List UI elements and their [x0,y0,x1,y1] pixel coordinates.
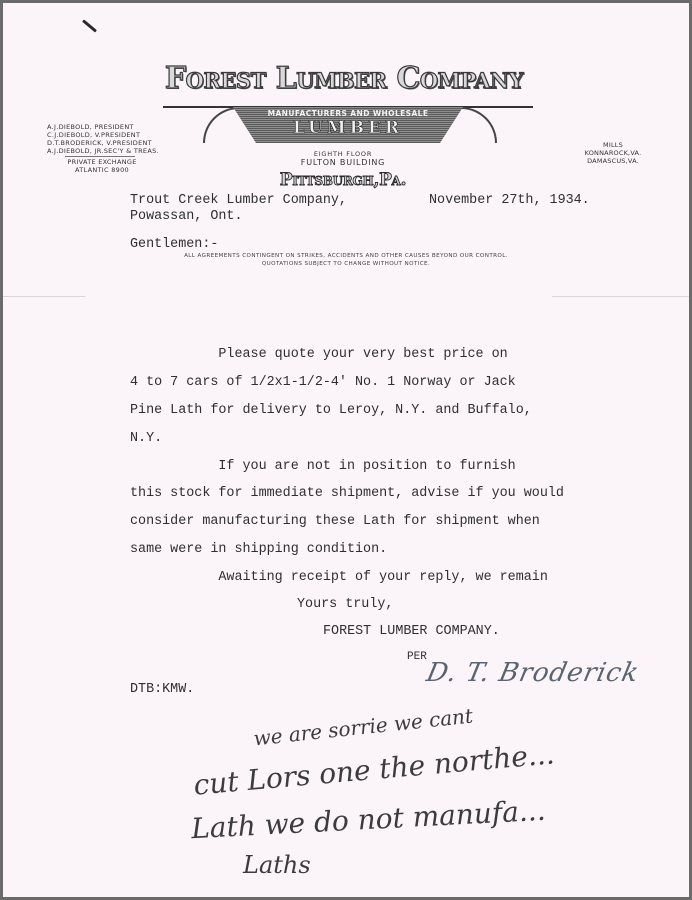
banner-subtitle: MANUFACTURERS AND WHOLESALE [233,109,463,118]
body-line: Awaiting receipt of your reply, we remai… [130,570,548,585]
exchange-number: ATLANTIC 8900 [47,166,157,174]
officer: D.T.BRODERICK, V.PRESIDENT [47,139,159,147]
officers-list: A.J.DIEBOLD, PRESIDENT C.J.DIEBOLD, V.PR… [47,123,159,174]
officer: A.J.DIEBOLD, JR.SEC'Y & TREAS. [47,147,159,155]
salutation: Gentlemen:- [130,237,218,252]
fine-print-line: ALL AGREEMENTS CONTINGENT ON STRIKES, AC… [3,253,689,259]
closing: Yours truly, [297,597,393,612]
mill-location: DAMASCUS,VA. [573,157,653,165]
exchange-label: PRIVATE EXCHANGE [47,158,157,166]
pen-mark [82,19,97,32]
handwritten-line: cut Lors one the northe... [192,737,555,801]
address-building: FULTON BUILDING [233,158,453,168]
letter-date: November 27th, 1934. [429,193,590,208]
officers-divider [65,156,135,157]
banner-title: LUMBER [233,118,463,138]
body-line: this stock for immediate shipment, advis… [130,486,564,501]
handwritten-line: Lath we do not manufa... [190,794,546,846]
handwritten-line: we are sorrie we cant [252,704,474,751]
officer: C.J.DIEBOLD, V.PRESIDENT [47,131,159,139]
body-line: If you are not in position to furnish [130,459,516,474]
mills-heading: MILLS [573,141,653,149]
mills-list: MILLS KONNAROCK,VA. DAMASCUS,VA. [573,141,653,165]
recipient-location: Powassan, Ont. [130,209,243,224]
mill-location: KONNAROCK,VA. [573,149,653,157]
per-label: PER [407,651,427,663]
address-floor: EIGHTH FLOOR [233,150,453,158]
officer: A.J.DIEBOLD, PRESIDENT [47,123,159,131]
body-line: Pine Lath for delivery to Leroy, N.Y. an… [130,403,532,418]
letter-page: Forest Lumber Company MANUFACTURERS AND … [3,3,689,897]
typist-initials: DTB:KMW. [130,682,194,697]
body-line: consider manufacturing these Lath for sh… [130,514,540,529]
company-name: Forest Lumber Company [119,61,569,96]
signature: D. T. Broderick [424,658,642,688]
company-address: EIGHTH FLOOR FULTON BUILDING [233,150,453,168]
body-line: 4 to 7 cars of 1/2x1-1/2-4' No. 1 Norway… [130,375,516,390]
company-city: Pittsburgh,Pa. [233,170,453,190]
body-line: Please quote your very best price on [130,347,508,362]
fold-crease [3,296,689,297]
body-line: N.Y. [130,431,162,446]
handwritten-line: Laths [243,851,311,879]
body-line: same were in shipping condition. [130,542,387,557]
signature-company: FOREST LUMBER COMPANY. [323,624,500,639]
fine-print-line: QUOTATIONS SUBJECT TO CHANGE WITHOUT NOT… [3,261,689,267]
recipient-name: Trout Creek Lumber Company, [130,193,347,208]
